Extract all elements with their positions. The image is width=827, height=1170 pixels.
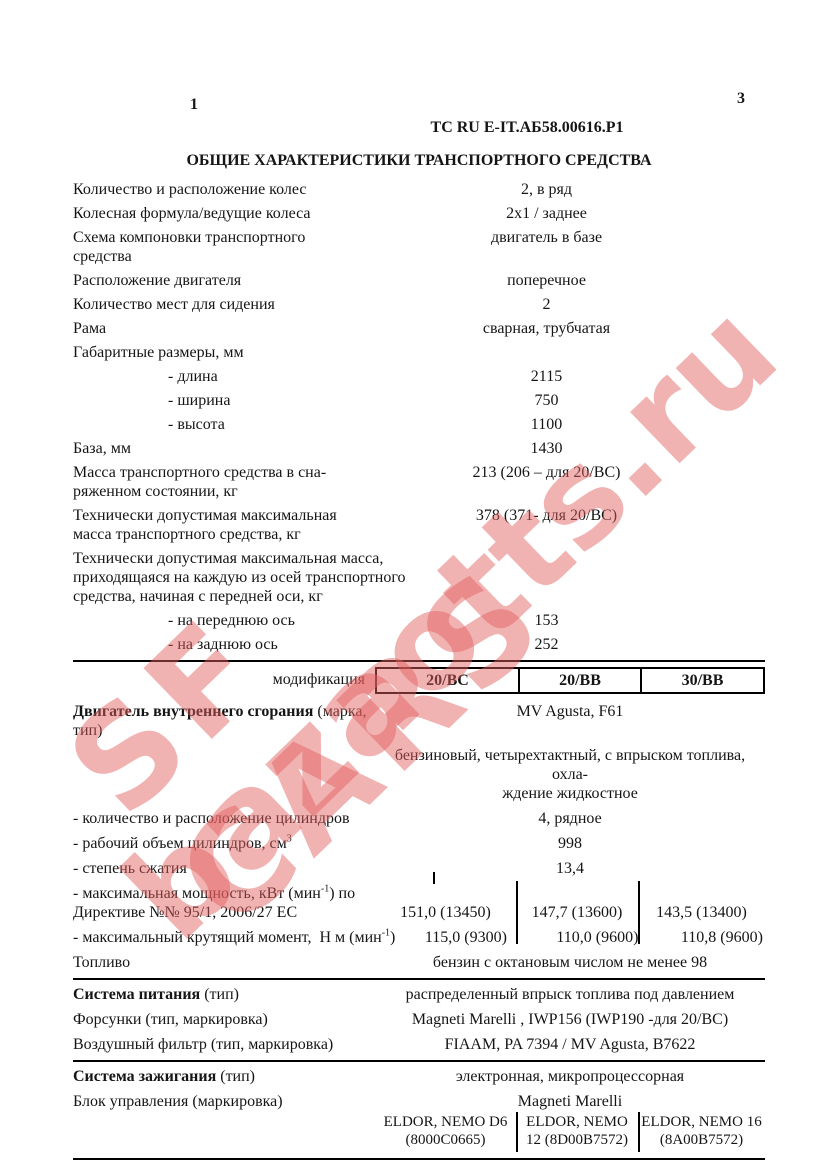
page-number-left: 1	[190, 96, 198, 114]
spec-row: Масса транспортного средства в сна- ряже…	[73, 463, 765, 501]
modification-cells: 20/ВС 20/ВВ 30/ВВ	[375, 667, 765, 694]
engine-power-value: 143,5 (13400)	[638, 903, 765, 922]
spec-value: 2115	[328, 367, 765, 386]
ecu-variant: ELDOR, NEMO 16 (8A00B7572)	[638, 1112, 765, 1152]
injectors-value: Magneti Marelli , IWP156 (IWP190 -для 20…	[375, 1010, 765, 1029]
spec-row-indented: - на заднюю ось 252	[73, 635, 765, 654]
fuel-system-label-bold: Система питания	[73, 986, 200, 1003]
document-page: 1 3 ТС RU Е-IT.АБ58.00616.Р1 ОБЩИЕ ХАРАК…	[0, 0, 827, 1170]
divider	[73, 1060, 765, 1062]
ignition-label-bold: Система зажигания	[73, 1068, 216, 1085]
spec-row: Технически допустимая максимальная масса…	[73, 549, 765, 606]
fuel-label: Топливо	[73, 953, 375, 972]
spec-value: 750	[328, 391, 765, 410]
engine-power-row: - максимальная мощность, кВт (мин-1) по …	[73, 884, 765, 922]
engine-displacement-label: - рабочий объем цилиндров, см3	[73, 834, 375, 853]
engine-type-row: бензиновый, четырехтактный, с впрыском т…	[73, 746, 765, 803]
spec-value: 213 (206 – для 20/ВС)	[328, 463, 765, 482]
spec-value: поперечное	[328, 271, 765, 290]
engine-displacement-value: 998	[375, 834, 765, 853]
engine-brand-value: MV Agusta, F61	[375, 702, 765, 721]
spec-row-indented: - на переднюю ось 153	[73, 611, 765, 630]
superscript: 3	[287, 834, 292, 845]
engine-displacement-label-text: - рабочий объем цилиндров, см	[73, 835, 287, 852]
ignition-value: электронная, микропроцессорная	[375, 1067, 765, 1086]
divider	[73, 1158, 765, 1160]
engine-torque-row: - максимальный крутящий момент, Н м (мин…	[73, 928, 765, 947]
spec-row: Схема компоновки транспортного средства …	[73, 228, 765, 266]
engine-torque-value: 110,0 (9600)	[536, 928, 658, 947]
fuel-system-row: Система питания (тип) распределенный впр…	[73, 985, 765, 1004]
power-torque-block: - максимальная мощность, кВт (мин-1) по …	[73, 884, 765, 947]
fuel-system-value: распределенный впрыск топлива под давлен…	[375, 985, 765, 1004]
ignition-row: Система зажигания (тип) электронная, мик…	[73, 1067, 765, 1086]
engine-torque-label-text: - максимальный крутящий момент, Н м (мин	[73, 929, 382, 946]
engine-torque-value: 110,8 (9600)	[658, 928, 785, 947]
engine-power-values: 151,0 (13450) 147,7 (13600) 143,5 (13400…	[375, 903, 765, 922]
approval-number: ТС RU Е-IT.АБ58.00616.Р1	[377, 119, 677, 137]
spec-value: 1430	[328, 439, 765, 458]
divider	[73, 978, 765, 980]
divider	[73, 660, 765, 662]
ecu-row: Блок управления (маркировка) Magneti Mar…	[73, 1092, 765, 1111]
engine-torque-label: - максимальный крутящий момент, Н м (мин…	[73, 928, 395, 947]
ignition-label-rest: (тип)	[216, 1068, 255, 1085]
spec-row: Технически допустимая максимальная масса…	[73, 506, 765, 544]
injectors-label: Форсунки (тип, маркировка)	[73, 1010, 375, 1029]
engine-displacement-row: - рабочий объем цилиндров, см3 998	[73, 834, 765, 853]
spec-row: Расположение двигателя поперечное	[73, 271, 765, 290]
air-filter-row: Воздушный фильтр (тип, маркировка) FIAAM…	[73, 1035, 765, 1054]
ecu-label: Блок управления (маркировка)	[73, 1092, 375, 1111]
spec-value: 252	[328, 635, 765, 654]
column-separator	[638, 1112, 640, 1152]
spec-row: Количество и расположение колес 2, в ряд	[73, 180, 765, 199]
engine-cylinders-row: - количество и расположение цилиндров 4,…	[73, 809, 765, 828]
spec-value: 2, в ряд	[328, 180, 765, 199]
column-separator	[516, 881, 518, 944]
engine-torque-values: 115,0 (9300) 110,0 (9600) 110,8 (9600)	[395, 928, 785, 947]
ignition-label: Система зажигания (тип)	[73, 1067, 375, 1086]
engine-power-value: 147,7 (13600)	[516, 903, 638, 922]
ecu-variant: ELDOR, NEMO D6 (8000C0665)	[375, 1112, 516, 1152]
spec-row: Габаритные размеры, мм	[73, 343, 765, 362]
page-number-right: 3	[737, 90, 745, 108]
spec-value: 153	[328, 611, 765, 630]
fuel-system-label: Система питания (тип)	[73, 985, 375, 1004]
spec-row: Количество мест для сидения 2	[73, 295, 765, 314]
fuel-row: Топливо бензин с октановым числом не мен…	[73, 953, 765, 972]
engine-type-value: бензиновый, четырехтактный, с впрыском т…	[375, 746, 765, 803]
spec-value: 2	[328, 295, 765, 314]
engine-brand-row: Двигатель внутреннего сгорания (марка, т…	[73, 702, 765, 740]
modification-label: модификация	[73, 667, 375, 694]
engine-cylinders-value: 4, рядное	[375, 809, 765, 828]
spec-row: Рама сварная, трубчатая	[73, 319, 765, 338]
engine-brand-label-bold: Двигатель внутреннего сгорания	[73, 703, 313, 720]
engine-power-value: 151,0 (13450)	[375, 903, 516, 922]
column-separator	[516, 1112, 518, 1152]
injectors-row: Форсунки (тип, маркировка) Magneti Marel…	[73, 1010, 765, 1029]
spec-row-indented: - ширина 750	[73, 391, 765, 410]
superscript: -1	[321, 884, 329, 895]
engine-cylinders-label: - количество и расположение цилиндров	[73, 809, 375, 828]
spec-row-indented: - высота 1100	[73, 415, 765, 434]
spec-row-indented: - длина 2115	[73, 367, 765, 386]
modification-cell: 30/ВВ	[640, 669, 763, 692]
spec-row: Колесная формула/ведущие колеса 2х1 / за…	[73, 204, 765, 223]
spec-value: 2х1 / заднее	[328, 204, 765, 223]
spec-value: сварная, трубчатая	[328, 319, 765, 338]
column-separator	[638, 881, 640, 944]
document-body: ОБЩИЕ ХАРАКТЕРИСТИКИ ТРАНСПОРТНОГО СРЕДС…	[73, 152, 765, 1165]
ecu-variants-row: ELDOR, NEMO D6 (8000C0665) ELDOR, NEMO 1…	[73, 1112, 765, 1152]
ecu-value: Magneti Marelli	[375, 1092, 765, 1111]
spec-value: двигатель в базе	[328, 228, 765, 247]
fuel-value: бензин с октановым числом не менее 98	[375, 953, 765, 972]
spec-label: Технически допустимая максимальная масса…	[73, 549, 413, 606]
modification-table: модификация 20/ВС 20/ВВ 30/ВВ	[73, 667, 765, 694]
engine-compression-label: - степень сжатия	[73, 859, 375, 878]
modification-cell: 20/ВС	[377, 669, 518, 692]
engine-power-label: - максимальная мощность, кВт (мин-1) по …	[73, 884, 375, 922]
air-filter-label: Воздушный фильтр (тип, маркировка)	[73, 1035, 375, 1054]
engine-compression-row: - степень сжатия 13,4	[73, 859, 765, 878]
spec-value: 378 (371- для 20/ВС)	[328, 506, 765, 525]
air-filter-value: FIAAM, PA 7394 / MV Agusta, B7622	[375, 1035, 765, 1054]
engine-power-label-text: - максимальная мощность, кВт (мин	[73, 885, 321, 902]
ecu-variants: ELDOR, NEMO D6 (8000C0665) ELDOR, NEMO 1…	[375, 1112, 765, 1152]
scan-artifact-mark	[433, 872, 435, 884]
modification-cell: 20/ВВ	[518, 669, 640, 692]
ecu-variant: ELDOR, NEMO 12 (8D00B7572)	[516, 1112, 638, 1152]
spec-row: База, мм 1430	[73, 439, 765, 458]
fuel-system-label-rest: (тип)	[200, 986, 239, 1003]
spec-label: Габаритные размеры, мм	[73, 343, 413, 362]
superscript: -1	[382, 928, 390, 939]
section-heading: ОБЩИЕ ХАРАКТЕРИСТИКИ ТРАНСПОРТНОГО СРЕДС…	[73, 152, 765, 170]
engine-brand-label: Двигатель внутреннего сгорания (марка, т…	[73, 702, 375, 740]
spec-value: 1100	[328, 415, 765, 434]
